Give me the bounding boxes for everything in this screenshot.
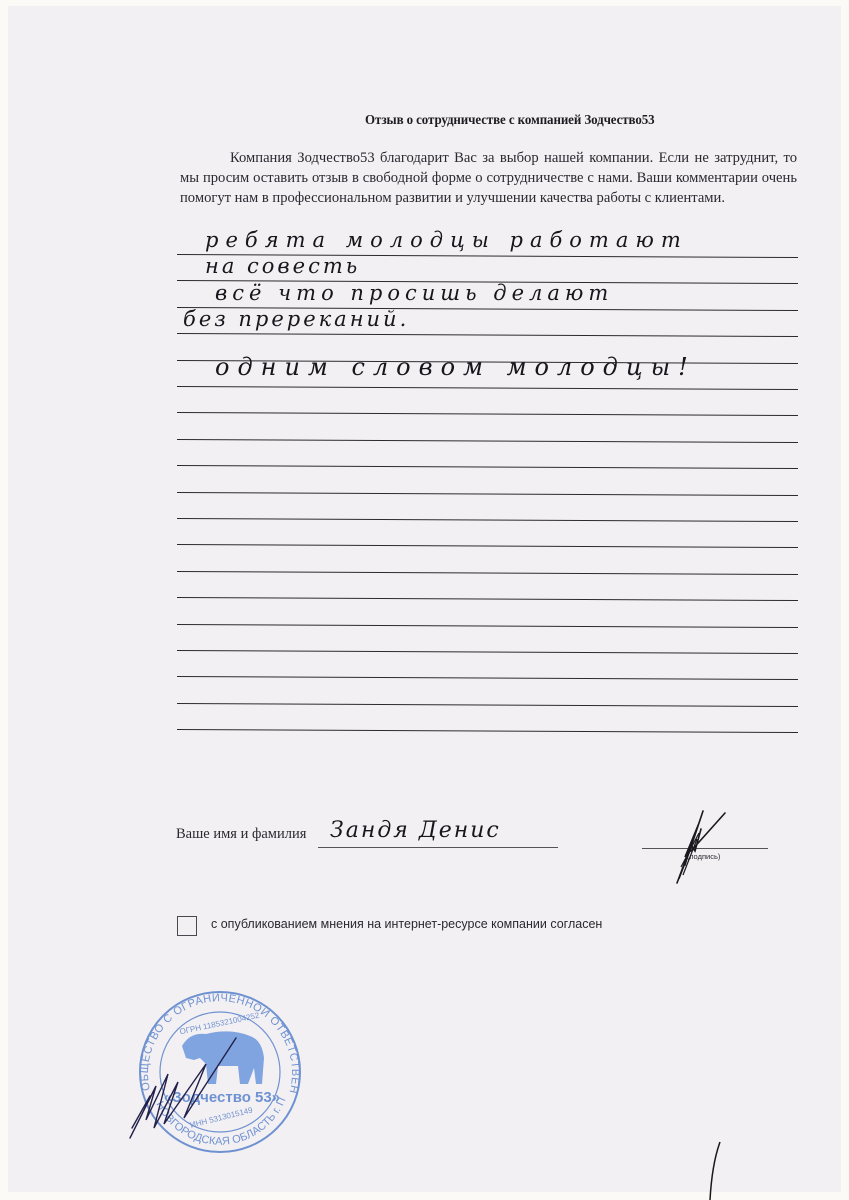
stamp-inn: ИНН 5313015149 xyxy=(189,1105,254,1129)
consent-label: с опубликованием мнения на интернет-ресу… xyxy=(211,917,602,931)
consent-checkbox[interactable] xyxy=(177,916,197,936)
name-field[interactable]: Зандя Денис xyxy=(330,818,501,843)
pen-mark-icon xyxy=(700,1140,730,1200)
intro-paragraph: Компания Зодчество53 благодарит Вас за в… xyxy=(180,148,797,208)
name-label: Ваше имя и фамилия xyxy=(176,826,306,843)
review-line: одним словом молодцы! xyxy=(215,353,696,381)
review-line: без пререканий. xyxy=(183,307,409,331)
review-line: ребята молодцы работают xyxy=(205,228,688,252)
signature-scribble-icon xyxy=(655,805,735,885)
review-line: всё что просишь делают xyxy=(215,281,613,305)
document-title: Отзыв о сотрудничестве с компанией Зодче… xyxy=(0,112,849,128)
company-stamp: ОБЩЕСТВО С ОГРАНИЧЕННОЙ ОТВЕТСТВЕННОСТЬЮ… xyxy=(110,978,330,1158)
stamp-company: «Зодчество 53» xyxy=(164,1089,280,1106)
review-line: на совесть xyxy=(205,254,360,278)
name-field-line xyxy=(318,847,558,848)
